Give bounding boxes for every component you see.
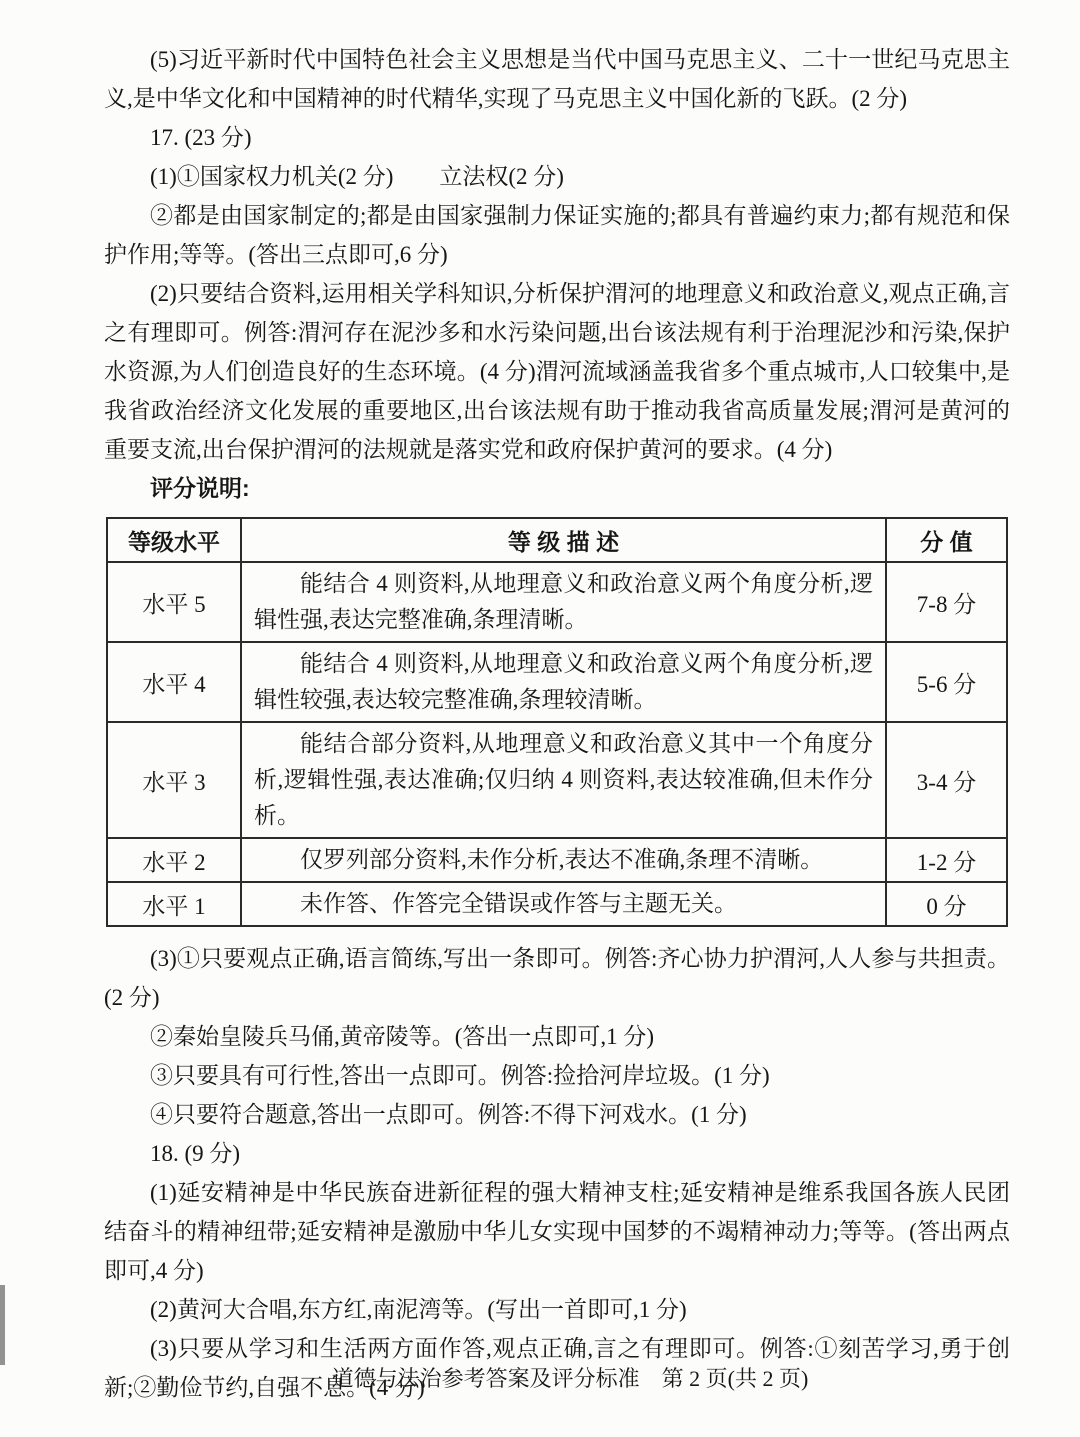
answer-paragraph-q17-3-3: ③只要具有可行性,答出一点即可。例答:捡拾河岸垃圾。(1 分): [104, 1056, 1010, 1095]
level-cell: 水平 2: [107, 838, 241, 882]
table-row-level-5: 水平 5 能结合 4 则资料,从地理意义和政治意义两个角度分析,逻辑性强,表达完…: [107, 562, 1007, 642]
table-row-level-2: 水平 2 仅罗列部分资料,未作分析,表达不准确,条理不清晰。 1-2 分: [107, 838, 1007, 882]
question-18-heading: 18. (9 分): [104, 1134, 1010, 1173]
header-level: 等级水平: [107, 518, 241, 562]
header-description: 等 级 描 述: [241, 518, 886, 562]
level-cell: 水平 4: [107, 642, 241, 722]
scoring-rubric-table: 等级水平 等 级 描 述 分 值 水平 5 能结合 4 则资料,从地理意义和政治…: [106, 517, 1008, 927]
answer-paragraph-q18-2: (2)黄河大合唱,东方红,南泥湾等。(写出一首即可,1 分): [104, 1290, 1010, 1329]
answer-paragraph-q16-5: (5)习近平新时代中国特色社会主义思想是当代中国马克思主义、二十一世纪马克思主义…: [104, 40, 1010, 118]
score-cell: 0 分: [886, 882, 1007, 926]
desc-text: 能结合 4 则资料,从地理意义和政治意义两个角度分析,逻辑性较强,表达较完整准确…: [254, 646, 873, 718]
answer-paragraph-q18-1: (1)延安精神是中华民族奋进新征程的强大精神支柱;延安精神是维系我国各族人民团结…: [104, 1173, 1010, 1290]
answer-paragraph-q17-1: (1)①国家权力机关(2 分) 立法权(2 分): [104, 157, 1010, 196]
desc-text: 仅罗列部分资料,未作分析,表达不准确,条理不清晰。: [254, 842, 873, 878]
scoring-note-label: 评分说明:: [104, 469, 1010, 508]
score-cell: 3-4 分: [886, 722, 1007, 838]
answer-paragraph-q17-3-2: ②秦始皇陵兵马俑,黄帝陵等。(答出一点即可,1 分): [104, 1017, 1010, 1056]
scan-artifact: [0, 1285, 5, 1365]
answer-paragraph-q17-3-4: ④只要符合题意,答出一点即可。例答:不得下河戏水。(1 分): [104, 1095, 1010, 1134]
level-cell: 水平 3: [107, 722, 241, 838]
score-cell: 5-6 分: [886, 642, 1007, 722]
score-cell: 7-8 分: [886, 562, 1007, 642]
answer-paragraph-q17-2: (2)只要结合资料,运用相关学科知识,分析保护渭河的地理意义和政治意义,观点正确…: [104, 274, 1010, 469]
question-17-heading: 17. (23 分): [104, 118, 1010, 157]
header-score: 分 值: [886, 518, 1007, 562]
page-footer: 道德与法治参考答案及评分标准 第 2 页(共 2 页): [30, 1362, 1080, 1393]
table-row-level-1: 水平 1 未作答、作答完全错误或作答与主题无关。 0 分: [107, 882, 1007, 926]
answer-key-page: (5)习近平新时代中国特色社会主义思想是当代中国马克思主义、二十一世纪马克思主义…: [0, 0, 1080, 1437]
page-content: (5)习近平新时代中国特色社会主义思想是当代中国马克思主义、二十一世纪马克思主义…: [104, 40, 1010, 1407]
answer-paragraph-q17-1b: ②都是由国家制定的;都是由国家强制力保证实施的;都具有普遍约束力;都有规范和保护…: [104, 196, 1010, 274]
level-cell: 水平 5: [107, 562, 241, 642]
desc-text: 能结合 4 则资料,从地理意义和政治意义两个角度分析,逻辑性强,表达完整准确,条…: [254, 566, 873, 638]
desc-cell: 仅罗列部分资料,未作分析,表达不准确,条理不清晰。: [241, 838, 886, 882]
table-row-level-3: 水平 3 能结合部分资料,从地理意义和政治意义其中一个角度分析,逻辑性强,表达准…: [107, 722, 1007, 838]
score-cell: 1-2 分: [886, 838, 1007, 882]
level-cell: 水平 1: [107, 882, 241, 926]
desc-cell: 能结合部分资料,从地理意义和政治意义其中一个角度分析,逻辑性强,表达准确;仅归纳…: [241, 722, 886, 838]
desc-cell: 能结合 4 则资料,从地理意义和政治意义两个角度分析,逻辑性较强,表达较完整准确…: [241, 642, 886, 722]
answer-paragraph-q17-3-1: (3)①只要观点正确,语言简练,写出一条即可。例答:齐心协力护渭河,人人参与共担…: [104, 939, 1010, 1017]
table-row-level-4: 水平 4 能结合 4 则资料,从地理意义和政治意义两个角度分析,逻辑性较强,表达…: [107, 642, 1007, 722]
desc-text: 未作答、作答完全错误或作答与主题无关。: [254, 886, 873, 922]
desc-cell: 未作答、作答完全错误或作答与主题无关。: [241, 882, 886, 926]
desc-text: 能结合部分资料,从地理意义和政治意义其中一个角度分析,逻辑性强,表达准确;仅归纳…: [254, 726, 873, 834]
desc-cell: 能结合 4 则资料,从地理意义和政治意义两个角度分析,逻辑性强,表达完整准确,条…: [241, 562, 886, 642]
table-header-row: 等级水平 等 级 描 述 分 值: [107, 518, 1007, 562]
